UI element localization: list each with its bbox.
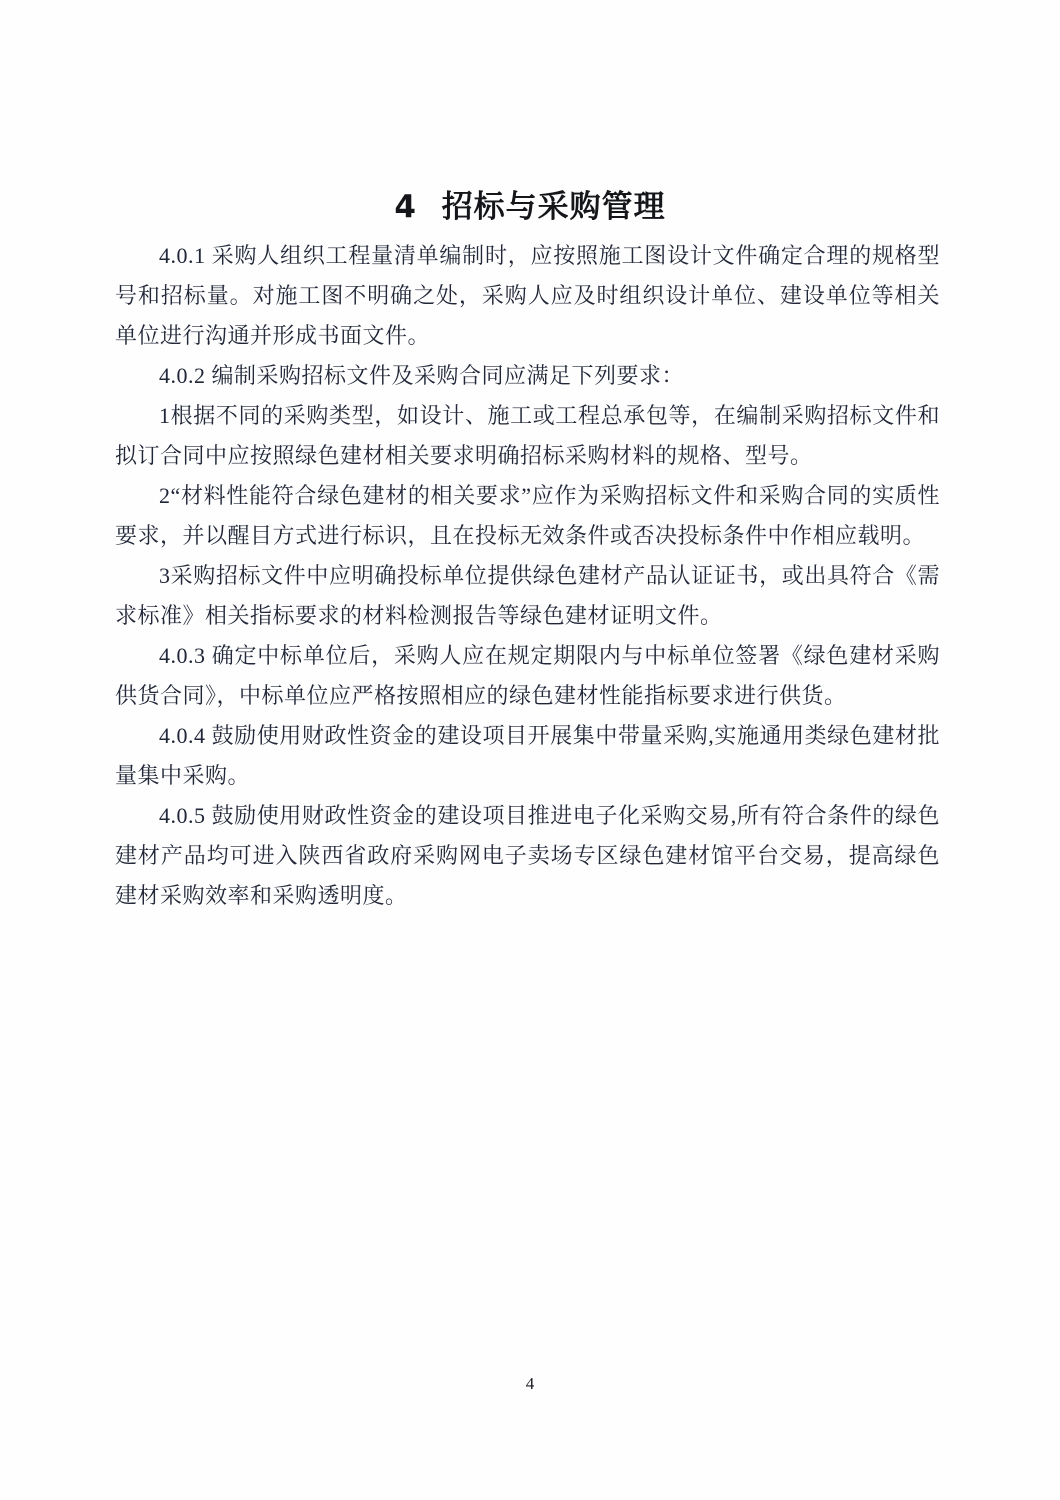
paragraph-4-0-4: 4.0.4 鼓励使用财政性资金的建设项目开展集中带量采购,实施通用类绿色建材批量…: [115, 716, 940, 796]
paragraph-4-0-5: 4.0.5 鼓励使用财政性资金的建设项目推进电子化采购交易,所有符合条件的绿色建…: [115, 796, 940, 916]
paragraph-4-0-2-item-1: 1根据不同的采购类型，如设计、施工或工程总承包等，在编制采购招标文件和拟订合同中…: [115, 396, 940, 476]
paragraph-4-0-2: 4.0.2 编制采购招标文件及采购合同应满足下列要求：: [115, 356, 940, 396]
section-title: 招标与采购管理: [442, 189, 666, 225]
paragraph-4-0-1: 4.0.1 采购人组织工程量清单编制时，应按照施工图设计文件确定合理的规格型号和…: [115, 236, 940, 356]
document-body: 4.0.1 采购人组织工程量清单编制时，应按照施工图设计文件确定合理的规格型号和…: [115, 236, 940, 916]
section-number: 4: [394, 189, 416, 225]
paragraph-4-0-2-item-3: 3采购招标文件中应明确投标单位提供绿色建材产品认证证书，或出具符合《需求标准》相…: [115, 556, 940, 636]
page-footer: 4: [0, 1372, 1060, 1396]
section-heading: 4 招标与采购管理: [0, 186, 1060, 228]
document-page: 4 招标与采购管理 4.0.1 采购人组织工程量清单编制时，应按照施工图设计文件…: [0, 0, 1060, 1500]
paragraph-4-0-3: 4.0.3 确定中标单位后，采购人应在规定期限内与中标单位签署《绿色建材采购供货…: [115, 636, 940, 716]
paragraph-4-0-2-item-2: 2“材料性能符合绿色建材的相关要求”应作为采购招标文件和采购合同的实质性要求，并…: [115, 476, 940, 556]
page-number: 4: [526, 1374, 535, 1393]
